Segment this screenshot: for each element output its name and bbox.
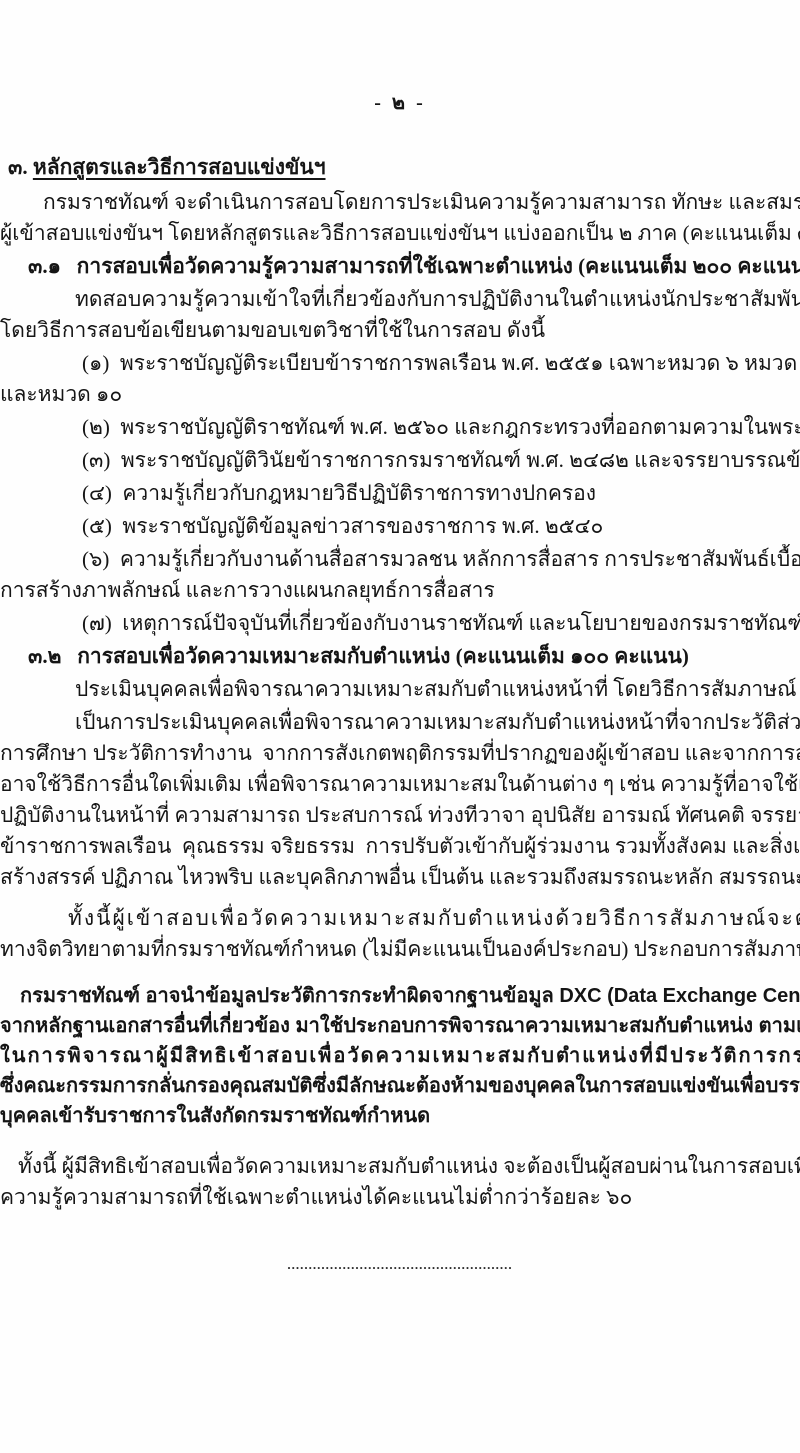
text-line: เป็นการประเมินบุคคลเพื่อพิจารณาความเหมาะ… [0, 707, 800, 738]
text-line: โดยวิธีการสอบข้อเขียนตามขอบเขตวิชาที่ใช้… [0, 315, 800, 346]
list-item-2: (๒) พระราชบัญญัติราชทัณฑ์ พ.ศ. ๒๕๖๐ และก… [0, 412, 800, 443]
list-item-1: (๑) พระราชบัญญัติระเบียบข้าราชการพลเรือน… [0, 348, 800, 410]
text-line: ซึ่งคณะกรรมการกลั่นกรองคุณสมบัติซึ่งมีลั… [0, 1071, 800, 1101]
text-line: ความรู้ความสามารถที่ใช้เฉพาะตำแหน่งได้คะ… [0, 1182, 800, 1213]
text-line: ทั้งนี้ผู้เข้าสอบเพื่อวัดความเหมาะสมกับต… [0, 903, 800, 934]
text-line: (๖) ความรู้เกี่ยวกับงานด้านสื่อสารมวลชน … [0, 544, 800, 575]
subsection-3-2-heading: ๓.๒ การสอบเพื่อวัดความเหมาะสมกับตำแหน่ง … [0, 641, 800, 672]
list-item-3: (๓) พระราชบัญญัติวินัยข้าราชการกรมราชทัณ… [0, 445, 800, 476]
text-line: ๓.๑ การสอบเพื่อวัดความรู้ความสามารถที่ใช… [0, 251, 800, 282]
document-inner: - ๒ - ๓. หลักสูตรและวิธีการสอบแข่งขันฯ ก… [0, 0, 800, 1273]
text-line: (๑) พระราชบัญญัติระเบียบข้าราชการพลเรือน… [0, 348, 800, 379]
paragraph-written-test: ทดสอบความรู้ความเข้าใจที่เกี่ยวข้องกับกา… [0, 284, 800, 346]
text-line: ผู้เข้าสอบแข่งขันฯ โดยหลักสูตรและวิธีการ… [0, 218, 800, 249]
text-line: ข้าราชการพลเรือน คุณธรรม จริยธรรม การปรั… [0, 831, 800, 862]
list-item-5: (๕) พระราชบัญญัติข้อมูลข่าวสารของราชการ … [0, 511, 800, 542]
text-line: (๓) พระราชบัญญัติวินัยข้าราชการกรมราชทัณ… [0, 445, 800, 476]
paragraph-psych-test: ทั้งนี้ผู้เข้าสอบเพื่อวัดความเหมาะสมกับต… [0, 903, 800, 965]
text-line: (๒) พระราชบัญญัติราชทัณฑ์ พ.ศ. ๒๕๖๐ และก… [0, 412, 800, 443]
subsection-3-1-heading: ๓.๑ การสอบเพื่อวัดความรู้ความสามารถที่ใช… [0, 251, 800, 282]
text-line: (๗) เหตุการณ์ปัจจุบันที่เกี่ยวข้องกับงาน… [0, 608, 800, 639]
text-line: บุคคลเข้ารับราชการในสังกัดกรมราชทัณฑ์กำห… [0, 1101, 800, 1131]
paragraph-interview-detail: เป็นการประเมินบุคคลเพื่อพิจารณาความเหมาะ… [0, 707, 800, 893]
paragraph-dxc-note: กรมราชทัณฑ์ อาจนำข้อมูลประวัติการกระทำผิ… [0, 981, 800, 1131]
list-item-4: (๔) ความรู้เกี่ยวกับกฎหมายวิธีปฏิบัติราช… [0, 478, 800, 509]
section-title: หลักสูตรและวิธีการสอบแข่งขันฯ [33, 155, 326, 179]
paragraph-passing-score: ทั้งนี้ ผู้มีสิทธิเข้าสอบเพื่อวัดความเหม… [0, 1151, 800, 1213]
text-line: สร้างสรรค์ ปฏิภาณ ไหวพริบ และบุคลิกภาพอื… [0, 862, 800, 893]
text-line: อาจใช้วิธีการอื่นใดเพิ่มเติม เพื่อพิจารณ… [0, 769, 800, 800]
text-line: ปฏิบัติงานในหน้าที่ ความสามารถ ประสบการณ… [0, 800, 800, 831]
text-line: (๔) ความรู้เกี่ยวกับกฎหมายวิธีปฏิบัติราช… [0, 478, 800, 509]
text-line: ประเมินบุคคลเพื่อพิจารณาความเหมาะสมกับตำ… [0, 674, 800, 705]
text-line: จากหลักฐานเอกสารอื่นที่เกี่ยวข้อง มาใช้ป… [0, 1011, 800, 1041]
text-line: การศึกษา ประวัติการทำงาน จากการสังเกตพฤต… [0, 738, 800, 769]
list-item-7: (๗) เหตุการณ์ปัจจุบันที่เกี่ยวข้องกับงาน… [0, 608, 800, 639]
text-line: ๓.๒ การสอบเพื่อวัดความเหมาะสมกับตำแหน่ง … [0, 641, 800, 672]
text-line: ทั้งนี้ ผู้มีสิทธิเข้าสอบเพื่อวัดความเหม… [0, 1151, 800, 1182]
section-heading: ๓. หลักสูตรและวิธีการสอบแข่งขันฯ [0, 152, 800, 183]
document-page: - ๒ - ๓. หลักสูตรและวิธีการสอบแข่งขันฯ ก… [0, 0, 800, 1453]
dotted-separator: ........................................… [0, 1257, 800, 1273]
paragraph-interview-intro: ประเมินบุคคลเพื่อพิจารณาความเหมาะสมกับตำ… [0, 674, 800, 705]
section-number: ๓. [8, 155, 33, 179]
text-line: (๕) พระราชบัญญัติข้อมูลข่าวสารของราชการ … [0, 511, 800, 542]
page-number: - ๒ - [0, 90, 800, 116]
text-line: และหมวด ๑๐ [0, 379, 800, 410]
text-line: ทางจิตวิทยาตามที่กรมราชทัณฑ์กำหนด (ไม่มี… [0, 934, 800, 965]
text-line: ในการพิจารณาผู้มีสิทธิเข้าสอบเพื่อวัดควา… [0, 1041, 800, 1071]
text-line: ทดสอบความรู้ความเข้าใจที่เกี่ยวข้องกับกา… [0, 284, 800, 315]
list-item-6: (๖) ความรู้เกี่ยวกับงานด้านสื่อสารมวลชน … [0, 544, 800, 606]
text-line: กรมราชทัณฑ์ อาจนำข้อมูลประวัติการกระทำผิ… [0, 981, 800, 1011]
text-line: การสร้างภาพลักษณ์ และการวางแผนกลยุทธ์การ… [0, 575, 800, 606]
text-line: กรมราชทัณฑ์ จะดำเนินการสอบโดยการประเมินค… [0, 187, 800, 218]
document-body: กรมราชทัณฑ์ จะดำเนินการสอบโดยการประเมินค… [0, 187, 800, 1213]
paragraph-intro: กรมราชทัณฑ์ จะดำเนินการสอบโดยการประเมินค… [0, 187, 800, 249]
